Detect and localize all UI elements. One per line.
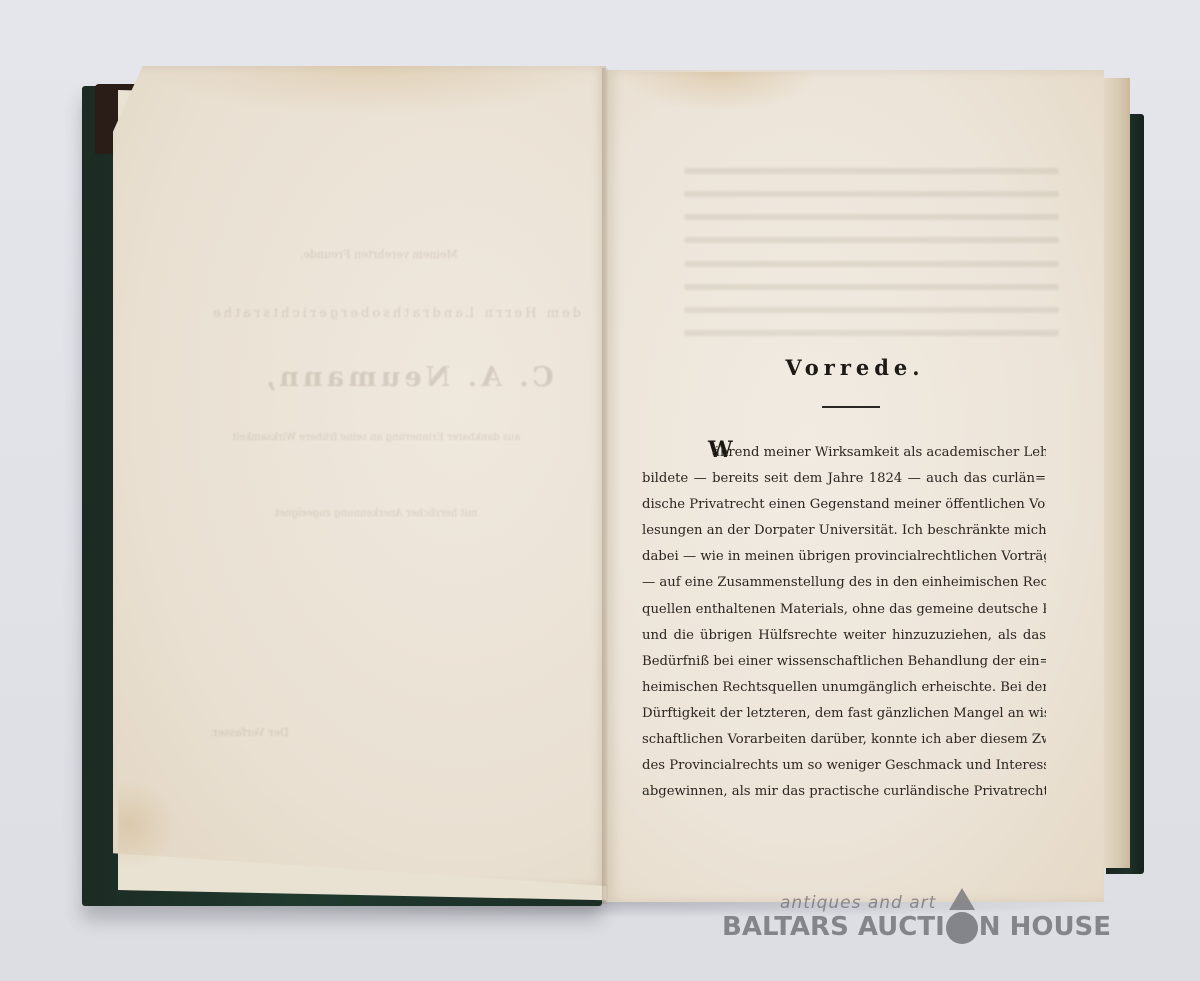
show-through-line <box>684 237 1059 243</box>
heading-rule <box>822 406 880 408</box>
left-page <box>113 66 606 886</box>
text-line: des Provincialrechts um so weniger Gesch… <box>642 753 1046 779</box>
text-line: Dürftigkeit der letzteren, dem fast gänz… <box>642 701 1046 727</box>
show-through-name: C. A. Neumann, <box>262 362 554 393</box>
text-line: dische Privatrecht einen Gegenstand mein… <box>642 492 1046 518</box>
show-through-line <box>684 191 1059 197</box>
watermark-brand-part2: N HOUSE <box>979 912 1111 942</box>
preface-text: ährend meiner Wirksamkeit als academisch… <box>642 440 1046 805</box>
show-through-line: mit herzlicher Anerkennung zugeeignet <box>275 508 477 519</box>
page-stack-right <box>1100 78 1130 868</box>
crown-icon <box>949 888 975 910</box>
show-through-line: Meinem verehrten Freunde, <box>300 248 458 261</box>
watermark-brand: BALTARS AUCTIN HOUSE <box>722 912 1111 942</box>
auction-house-logo-icon <box>946 912 978 944</box>
show-through-signature: Der Verfasser. <box>210 726 289 739</box>
foxing-stain <box>140 66 610 116</box>
foxing-stain <box>118 780 178 870</box>
show-through-line <box>684 330 1059 336</box>
text-line: dabei — wie in meinen übrigen provincial… <box>642 544 1046 570</box>
foxing-stain <box>620 72 820 112</box>
text-line: lesungen an der Dorpater Universität. Ic… <box>642 518 1046 544</box>
book-gutter <box>602 68 608 904</box>
watermark-tagline: antiques and art <box>780 893 936 913</box>
text-line: schaftlichen Vorarbeiten darüber, konnte… <box>642 727 1046 753</box>
show-through-line <box>684 214 1059 220</box>
text-line: und die übrigen Hülfsrechte weiter hinzu… <box>642 623 1046 649</box>
show-through-line <box>684 168 1059 174</box>
text-line: heimischen Rechtsquellen unumgänglich er… <box>642 675 1046 701</box>
text-line: abgewinnen, als mir das practische curlä… <box>642 779 1046 805</box>
text-line: quellen enthaltenen Materials, ohne das … <box>642 597 1046 623</box>
show-through-line <box>684 261 1059 267</box>
text-line: ährend meiner Wirksamkeit als academisch… <box>642 440 1046 466</box>
page-heading: Vorrede. <box>606 355 1104 380</box>
show-through-line: aus dankbarer Erinnerung an seine früher… <box>232 432 520 443</box>
show-through-line: dem Herrn Landrathsobergerichtsrathe <box>210 306 581 321</box>
show-through-line <box>684 307 1059 313</box>
text-line: bildete — bereits seit dem Jahre 1824 — … <box>642 466 1046 492</box>
text-line: — auf eine Zusammenstellung des in den e… <box>642 570 1046 596</box>
watermark-brand-part1: BALTARS AUCTI <box>722 912 945 942</box>
show-through-line <box>684 284 1059 290</box>
text-line: Bedürfniß bei einer wissenschaftlichen B… <box>642 649 1046 675</box>
